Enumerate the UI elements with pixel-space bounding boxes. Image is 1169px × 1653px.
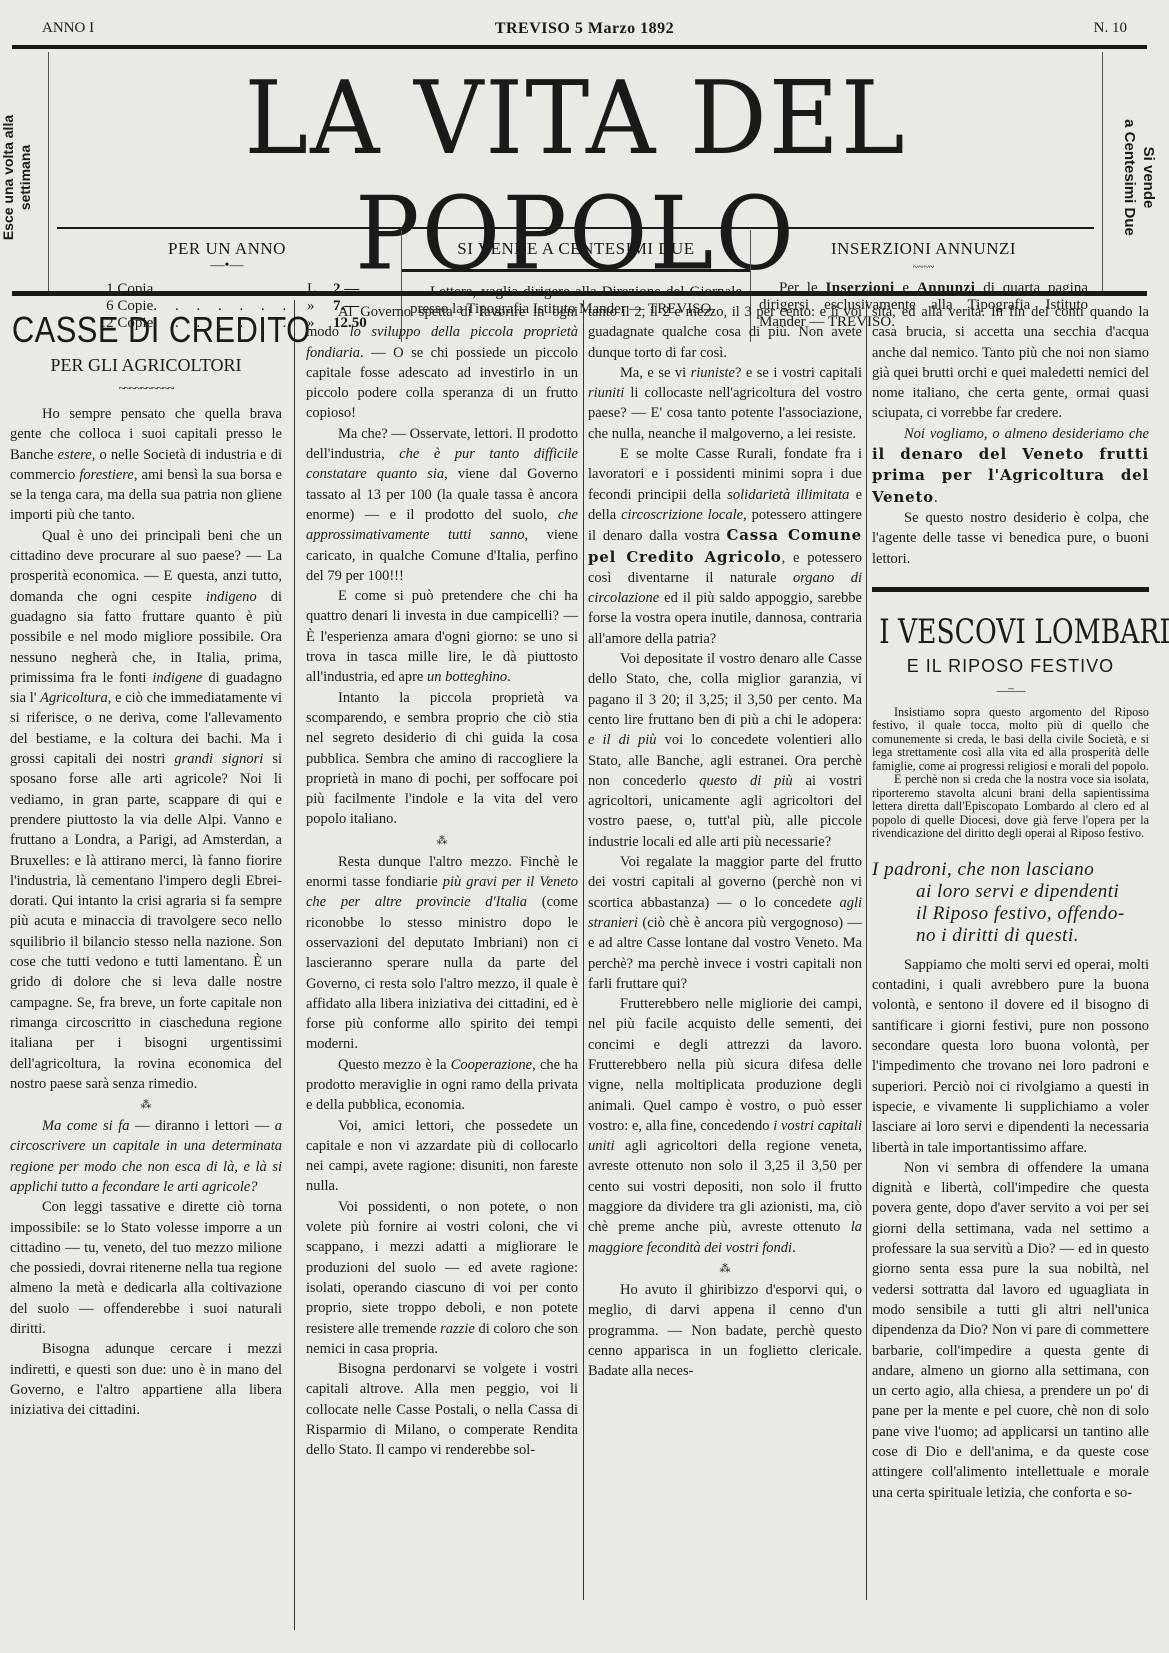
paragraph: Sappiamo che molti servi ed operai, molt…: [872, 955, 1149, 1158]
subscription-heading: PER UN ANNO: [57, 240, 397, 257]
column-4: sità, ed alla verità. In fin dei conti q…: [872, 300, 1149, 1630]
sale-rule: [402, 269, 750, 272]
text-italic: Noi vogliamo, o almeno desideriamo che: [904, 426, 1149, 442]
paragraph: Non vi sembra di offendere la umana dign…: [872, 1158, 1149, 1503]
masthead: LA VITA DEL POPOLO PER UN ANNO —•— 1 Cop…: [48, 52, 1103, 292]
article-title: I VESCOVI LOMBARDI: [879, 610, 1142, 654]
text: si sposano forse alle arti agricole? Noi…: [10, 751, 282, 1092]
paragraph: Noi vogliamo, o almeno desideriamo che i…: [872, 424, 1149, 508]
text: Frutterebbero nelle migliorie dei campi,…: [588, 996, 862, 1134]
column-2: Al Governo spetta di favorire in ogni mo…: [306, 300, 578, 1630]
text: agli agricoltori della regione veneta, a…: [588, 1138, 862, 1235]
text-italic: Cooperazione: [451, 1057, 532, 1073]
text-bold: il denaro del Veneto frutti prima per l'…: [872, 445, 1149, 506]
side-note-left-line2: settimana: [17, 65, 34, 290]
paragraph: Bisogna adunque cercare i mezzi indirett…: [10, 1339, 282, 1420]
paragraph: Insistiamo sopra questo argomento del Ri…: [872, 706, 1149, 774]
main-rule: [12, 291, 1147, 296]
paragraph: E se molte Casse Rurali, fondate fra i l…: [588, 444, 862, 649]
text: (come riconobbe lo stesso ministro dopo …: [306, 894, 578, 1052]
text-italic: forestiere: [79, 467, 134, 483]
paragraph: Intanto la piccola proprietà va scompare…: [306, 688, 578, 830]
issue-date: TREVISO 5 Marzo 1892: [40, 20, 1129, 38]
paragraph: Ma come si fa — diranno i lettori — a ci…: [10, 1116, 282, 1197]
paragraph: Con leggi tassative e dirette ciò torna …: [10, 1197, 282, 1339]
text-italic: indigeno: [206, 589, 257, 605]
text-italic: indigene: [152, 670, 202, 686]
text: Questo mezzo è la: [338, 1057, 451, 1073]
side-note-right-line2: a Centesimi Due: [1120, 65, 1139, 290]
paragraph: Qual è uno dei principali beni che un ci…: [10, 526, 282, 1094]
issue-number: N. 10: [1094, 20, 1127, 37]
text: .: [792, 1240, 796, 1256]
side-note-left-line1: Esce una volta alla: [0, 65, 17, 290]
paragraph: Voi possidenti, o non potete, o non vole…: [306, 1197, 578, 1359]
article-title: CASSE DI CREDITO: [12, 308, 280, 352]
text: Voi depositate il vostro denaro alle Cas…: [588, 651, 862, 728]
text: Ma, e se vi: [620, 365, 691, 381]
text-italic: estere: [58, 447, 92, 463]
sale-heading: SI VENDE A CENTESIMI DUE: [402, 240, 750, 257]
paragraph: Resta dunque l'altro mezzo. Finchè le en…: [306, 852, 578, 1055]
paragraph: Questo mezzo è la Cooperazione, che ha p…: [306, 1055, 578, 1116]
newspaper-page: ANNO I TREVISO 5 Marzo 1892 N. 10 Esce u…: [0, 0, 1169, 1653]
column-1: CASSE DI CREDITO PER GLI AGRICOLTORI ~~~…: [10, 300, 282, 1630]
heading-line: I padroni, che non lasciano: [872, 859, 1149, 881]
asterism-icon: ⁂: [306, 836, 578, 846]
text: ? e se i vostri capitali: [735, 365, 862, 381]
column-divider: [294, 300, 295, 1630]
paragraph: Ma, e se vi riuniste? e se i vostri capi…: [588, 363, 862, 444]
side-note-left: Esce una volta alla settimana: [0, 65, 45, 290]
ornament-icon: ~~~~~~~~~~: [10, 382, 282, 394]
text-italic: razzie: [440, 1321, 475, 1337]
column-divider: [866, 300, 867, 1600]
heading-line: ai loro servi e dipendenti: [872, 881, 1149, 903]
asterism-icon: ⁂: [10, 1100, 282, 1110]
text: Voi possidenti, o non potete, o non vole…: [306, 1199, 578, 1337]
text-italic: Agricoltura: [40, 690, 108, 706]
paragraph: tanto il 2, il 2 e mezzo, il 3 per cento…: [588, 302, 862, 363]
text-italic: riuniste: [691, 365, 735, 381]
paragraph: Voi regalate la maggior parte del frutto…: [588, 852, 862, 994]
text: .: [507, 669, 511, 685]
side-note-right: Si vende a Centesimi Due: [1108, 65, 1158, 290]
paragraph: sità, ed alla verità. In fin dei conti q…: [872, 302, 1149, 424]
text-italic: circoscrizione locale: [621, 507, 743, 523]
article-intro: Insistiamo sopra questo argomento del Ri…: [872, 706, 1149, 841]
text-italic: Ma come si fa: [42, 1118, 130, 1134]
paragraph: Al Governo spetta di favorire in ogni mo…: [306, 302, 578, 424]
text-italic: e il di più: [588, 732, 657, 748]
ornament-icon: —=—: [872, 684, 1149, 696]
paragraph: E perchè non si creda che la nostra voce…: [872, 773, 1149, 841]
article-subtitle: E IL RIPOSO FESTIVO: [872, 654, 1149, 678]
column-divider: [583, 300, 584, 1600]
text-italic: riuniti: [588, 385, 624, 401]
ornament-icon: —•—: [57, 259, 397, 273]
paragraph: Ma che? — Osservate, lettori. Il prodott…: [306, 424, 578, 586]
text-italic: grandi signori: [174, 751, 263, 767]
masthead-rule: [57, 227, 1094, 229]
heading-line: no i diritti di questi.: [872, 925, 1149, 947]
paragraph: Frutterebbero nelle migliorie dei campi,…: [588, 994, 862, 1258]
ornament-icon: ~~~~: [751, 259, 1096, 276]
paragraph: Bisogna perdonarvi se volgete i vostri c…: [306, 1359, 578, 1460]
heading-line: il Riposo festivo, offendo-: [872, 903, 1149, 925]
paragraph: Ho sempre pensato che quella brava gente…: [10, 404, 282, 526]
paragraph: Se questo nostro desiderio è colpa, che …: [872, 508, 1149, 569]
text: Voi regalate la maggior parte del frutto…: [588, 854, 862, 911]
asterism-icon: ⁂: [588, 1264, 862, 1274]
side-note-right-line1: Si vende: [1139, 65, 1158, 290]
top-rule: [12, 45, 1147, 49]
text: li collocaste nell'agricoltura del vostr…: [588, 385, 862, 442]
paragraph: Voi, amici lettori, che possedete un cap…: [306, 1116, 578, 1197]
text-italic: un botteghino: [427, 669, 507, 685]
section-heading: I padroni, che non lasciano ai loro serv…: [872, 859, 1149, 947]
article-divider: [872, 587, 1149, 592]
text-italic: questo di più: [699, 773, 793, 789]
text: — diranno i lettori —: [130, 1118, 275, 1134]
date-line: ANNO I TREVISO 5 Marzo 1892 N. 10: [40, 18, 1129, 44]
article-subtitle: PER GLI AGRICOLTORI: [10, 354, 282, 376]
text-italic: solidarietà illimitata: [727, 487, 849, 503]
text: .: [934, 490, 938, 506]
paragraph: E come si può pretendere che chi ha quat…: [306, 586, 578, 687]
paragraph: Voi depositate il vostro denaro alle Cas…: [588, 649, 862, 852]
paragraph: Ho avuto il ghiribizzo d'esporvi qui, o …: [588, 1280, 862, 1381]
column-3: tanto il 2, il 2 e mezzo, il 3 per cento…: [588, 300, 862, 1630]
ads-heading: INSERZIONI ANNUNZI: [751, 240, 1096, 257]
